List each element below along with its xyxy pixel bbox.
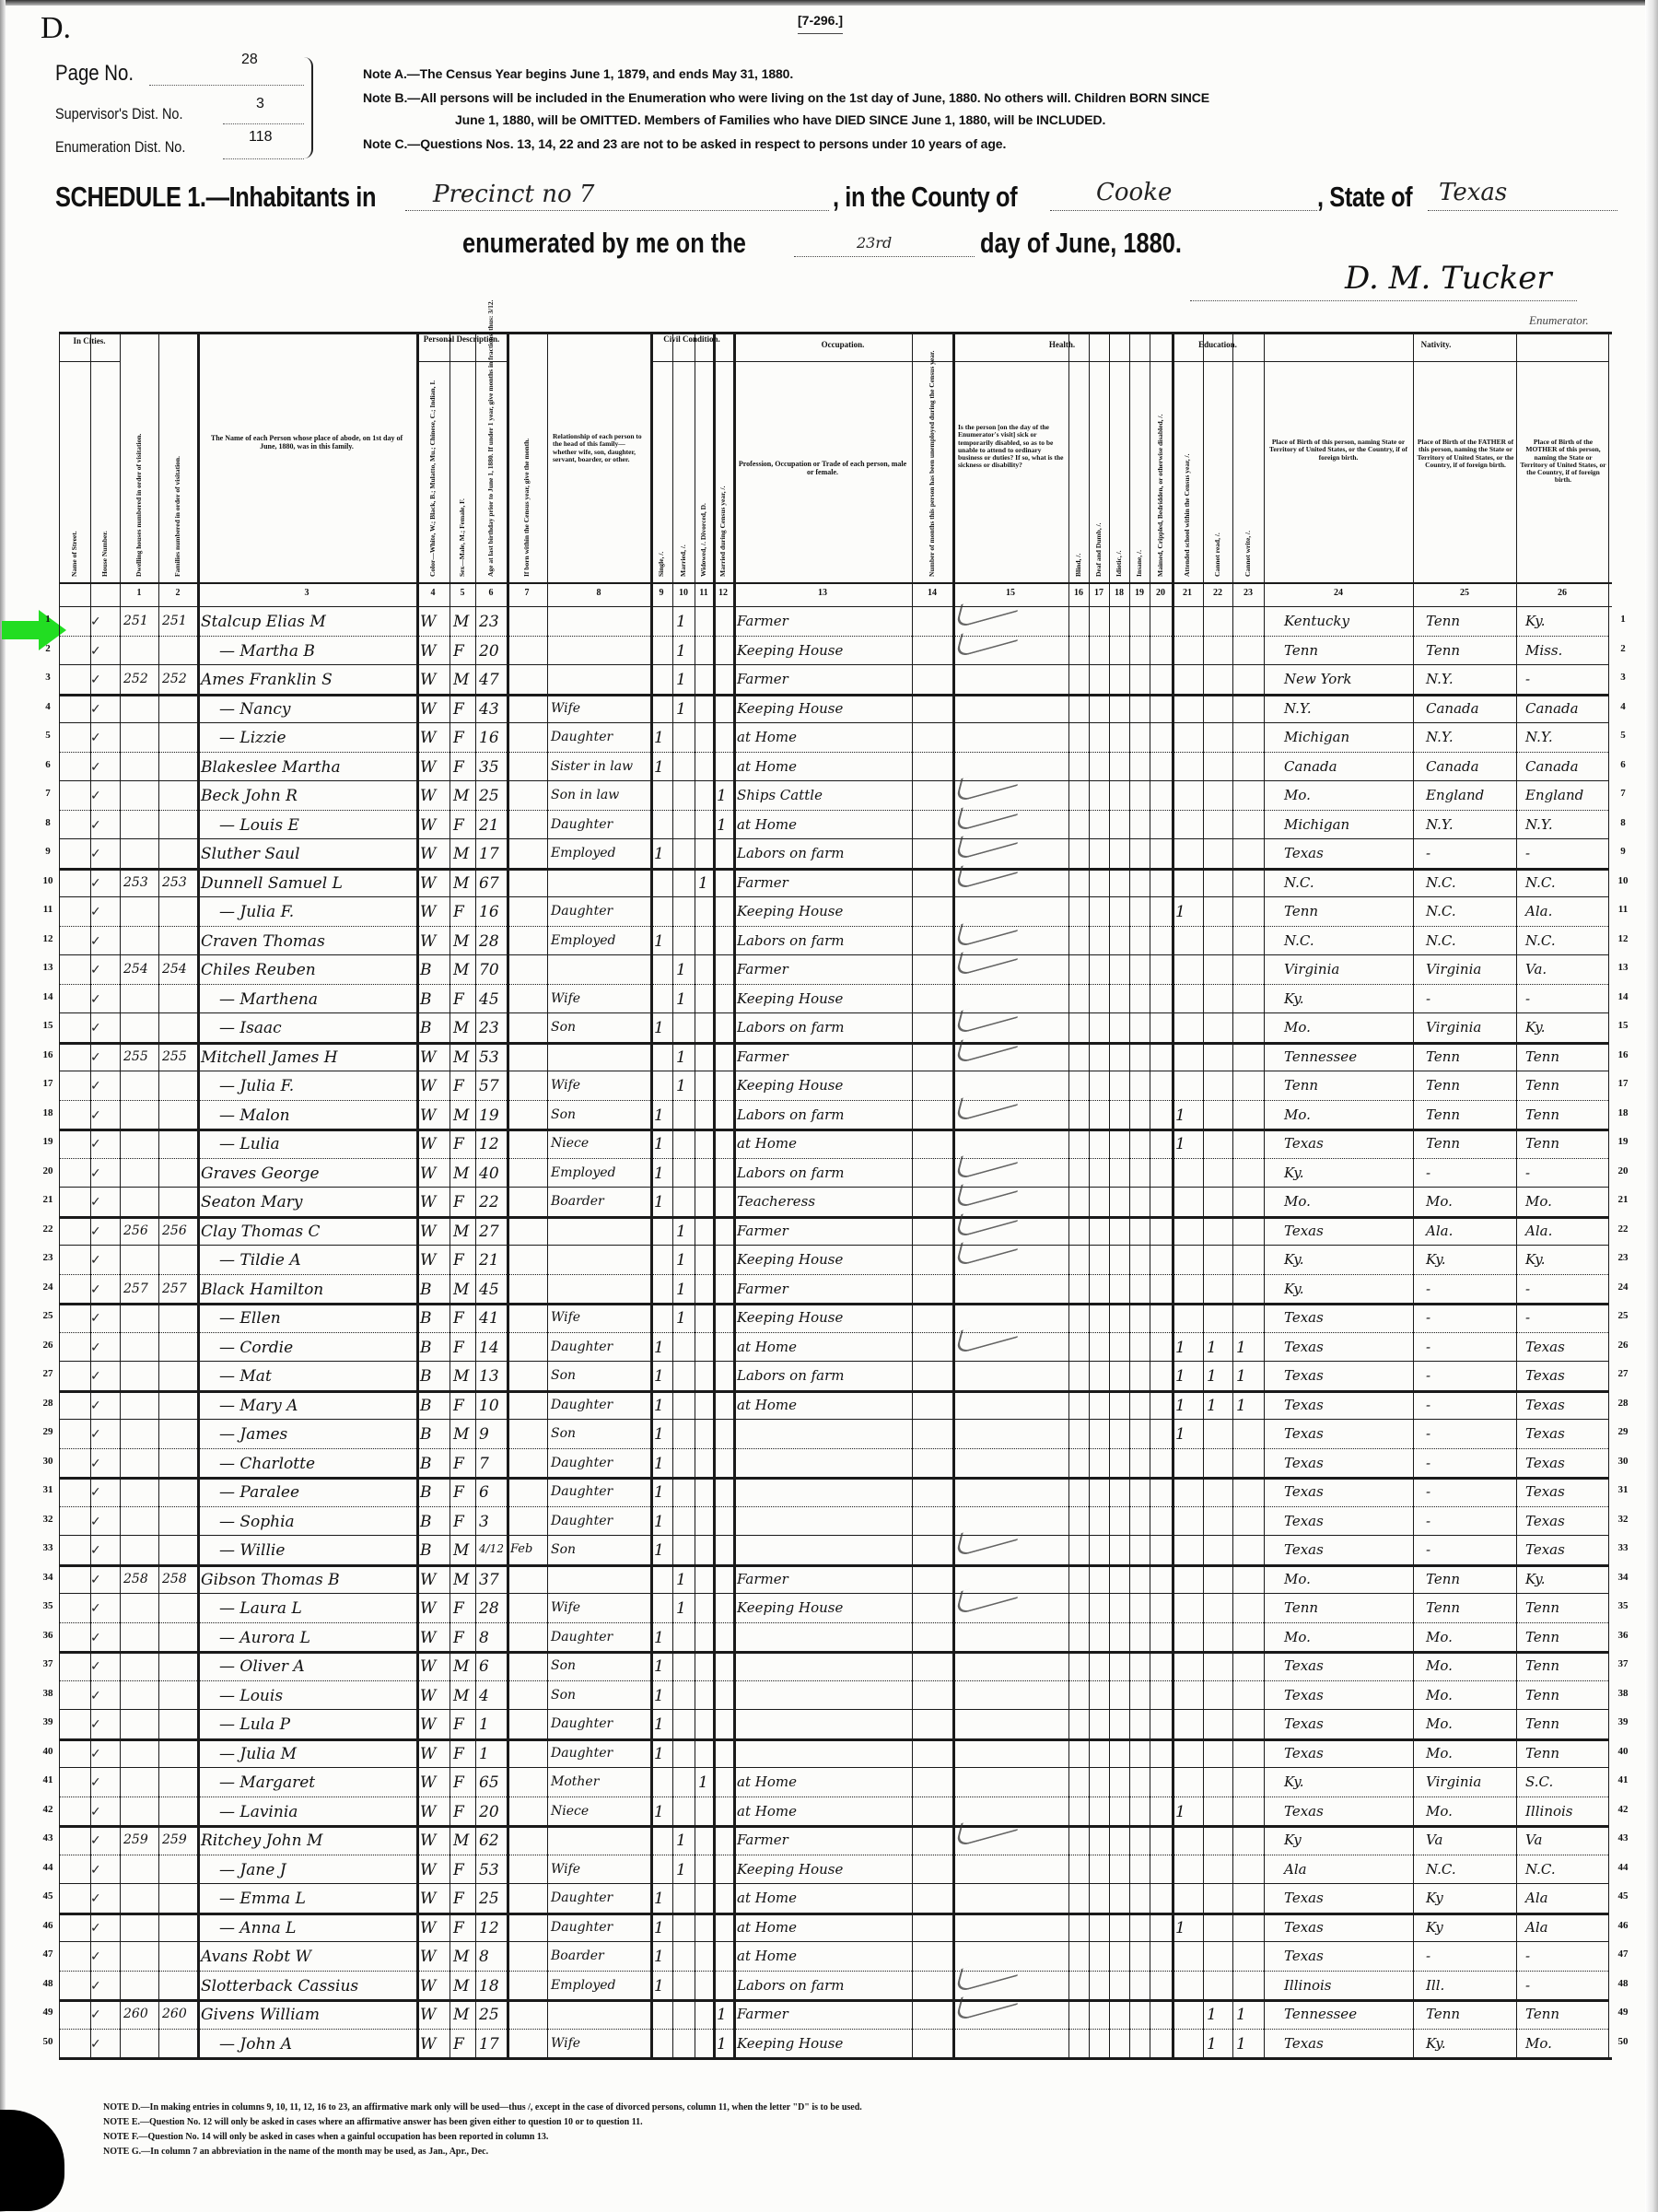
- color-value: W: [420, 1689, 436, 1704]
- color-value: W: [420, 1659, 436, 1675]
- color-value: B: [420, 992, 432, 1008]
- dwelling-number: 260: [123, 2007, 148, 2020]
- sex-value: F: [453, 1340, 464, 1356]
- married-year-mark: 1: [717, 2007, 727, 2023]
- age-value: 45: [479, 992, 499, 1008]
- sex-value: F: [453, 818, 464, 834]
- row-number-right: 27: [1614, 1368, 1632, 1379]
- column-number-16: 16: [1068, 588, 1089, 598]
- page-no-value: 28: [241, 52, 258, 68]
- mother-birth: -: [1525, 1979, 1530, 1993]
- person-name: — Lizzie: [219, 731, 286, 746]
- family-number: 251: [162, 614, 187, 627]
- check-mark-icon: ✓: [90, 1108, 101, 1123]
- age-value: 3: [479, 1515, 489, 1530]
- check-mark-icon: ✓: [90, 1166, 101, 1181]
- father-birth: Mo.: [1426, 1631, 1453, 1644]
- check-mark-icon: ✓: [90, 760, 101, 775]
- age-value: 62: [479, 1833, 499, 1849]
- mother-birth: Ala.: [1525, 1224, 1552, 1238]
- header-unemp: Number of months this person has been un…: [928, 351, 936, 577]
- row-number-left: 5: [39, 730, 57, 741]
- row-number-right: 9: [1614, 846, 1632, 857]
- father-birth: -: [1426, 1485, 1430, 1499]
- age-value: 4/12: [479, 1543, 504, 1554]
- widowed-mark: 1: [698, 876, 708, 892]
- married-mark: 1: [676, 614, 686, 630]
- age-value: 35: [479, 760, 499, 776]
- father-birth: Canada: [1426, 702, 1479, 716]
- pen-tick-mark: [955, 1574, 1023, 1615]
- birth-place: Texas: [1284, 1369, 1324, 1383]
- age-value: 28: [479, 934, 499, 950]
- column-number-4: 4: [416, 588, 450, 598]
- person-name: — Cordie: [219, 1340, 293, 1356]
- relationship: Daughter: [551, 1399, 613, 1411]
- occupation: Keeping House: [737, 905, 843, 919]
- married-year-mark: 1: [717, 789, 727, 804]
- age-value: 1: [479, 1747, 489, 1762]
- row-number-left: 35: [39, 1600, 57, 1611]
- occupation: Farmer: [737, 1573, 788, 1586]
- person-name: Sluther Saul: [201, 847, 300, 862]
- header-profession: Profession, Occupation or Trade of each …: [737, 461, 908, 477]
- sex-value: F: [453, 1891, 464, 1907]
- dwelling-number: 257: [123, 1282, 148, 1295]
- person-name: — Lulia: [219, 1137, 280, 1153]
- mother-birth: Ala.: [1525, 905, 1552, 919]
- father-birth: -: [1426, 1369, 1430, 1383]
- header-fam: Families numbered in order of visitation…: [173, 456, 181, 577]
- place-value: Precinct no 7: [433, 181, 594, 208]
- sex-value: F: [453, 1399, 464, 1414]
- relationship: Son: [551, 1543, 576, 1556]
- enumerator-signature: D. M. Tucker: [1345, 260, 1552, 297]
- row-number-right: 15: [1614, 1020, 1632, 1031]
- supervisor-label: Supervisor's Dist. No.: [55, 105, 182, 123]
- person-name: Ritchey John M: [201, 1833, 322, 1849]
- header-name: The Name of each Person whose place of a…: [204, 435, 409, 451]
- school-mark: 1: [1175, 1399, 1185, 1414]
- mother-birth: Tenn: [1525, 1747, 1559, 1761]
- row-number-left: 14: [39, 991, 57, 1002]
- age-value: 25: [479, 789, 499, 804]
- mother-birth: Texas: [1525, 1543, 1565, 1557]
- row-number-right: 2: [1614, 643, 1632, 654]
- person-name: — Julia M: [219, 1747, 297, 1762]
- row-number-right: 19: [1614, 1136, 1632, 1147]
- occupation: at Home: [737, 731, 797, 744]
- row-number-left: 22: [39, 1223, 57, 1235]
- row-number-left: 18: [39, 1107, 57, 1118]
- dwelling-number: 254: [123, 963, 148, 976]
- relationship: Wife: [551, 2037, 580, 2050]
- row-number-right: 22: [1614, 1223, 1632, 1235]
- age-value: 40: [479, 1166, 499, 1182]
- birth-place: Texas: [1284, 1949, 1324, 1963]
- header-maimed: Maimed, Crippled, Bedridden, or otherwis…: [1156, 415, 1164, 577]
- color-value: W: [420, 1573, 436, 1588]
- relationship: Wife: [551, 1079, 580, 1092]
- age-value: 25: [479, 1891, 499, 1907]
- mother-birth: -: [1525, 1949, 1530, 1963]
- page-no-label: Page No.: [55, 61, 134, 87]
- age-value: 1: [479, 1717, 489, 1733]
- sex-value: F: [453, 1515, 464, 1530]
- row-number-right: 44: [1614, 1862, 1632, 1873]
- header-married: Married, /.: [679, 544, 687, 577]
- check-mark-icon: ✓: [90, 934, 101, 949]
- relationship: Daughter: [551, 1891, 613, 1904]
- mother-birth: Tenn: [1525, 1631, 1559, 1644]
- relationship: Daughter: [551, 1921, 613, 1934]
- person-name: — Mat: [219, 1369, 272, 1385]
- header-mother-birth: Place of Birth of the MOTHER of this per…: [1520, 439, 1606, 485]
- father-birth: Ill.: [1426, 1979, 1444, 1993]
- color-value: W: [420, 731, 436, 746]
- occupation: Farmer: [737, 673, 788, 686]
- occupation: Keeping House: [737, 702, 843, 716]
- header-relationship: Relationship of each person to the head …: [553, 433, 645, 463]
- row-number-left: 33: [39, 1542, 57, 1553]
- mother-birth: -: [1525, 1311, 1530, 1325]
- relationship: Wife: [551, 1863, 580, 1876]
- mother-birth: Tenn: [1525, 1601, 1559, 1615]
- married-mark: 1: [676, 963, 686, 978]
- mother-birth: N.C.: [1525, 1863, 1556, 1877]
- supervisor-value: 3: [256, 96, 264, 112]
- header-nativity: Nativity.: [1264, 341, 1608, 350]
- row-number-right: 7: [1614, 788, 1632, 799]
- mother-birth: Mo.: [1525, 1195, 1552, 1209]
- occupation: at Home: [737, 818, 797, 832]
- supervisor-field: Supervisor's Dist. No.: [55, 105, 205, 123]
- column-number-24: 24: [1264, 588, 1413, 598]
- person-name: — Emma L: [219, 1891, 306, 1907]
- father-birth: Tenn: [1426, 644, 1460, 658]
- header-blind: Blind, /.: [1074, 554, 1082, 577]
- color-value: W: [420, 2037, 436, 2053]
- person-name: — Willie: [219, 1543, 285, 1559]
- person-name: — Aurora L: [219, 1631, 310, 1646]
- header-widowed: Widowed, /. Divorced, D.: [699, 503, 707, 577]
- age-value: 21: [479, 1253, 499, 1269]
- row-number-right: 40: [1614, 1746, 1632, 1757]
- pen-tick-mark: [955, 1081, 1023, 1122]
- relationship: Boarder: [551, 1195, 604, 1208]
- birth-place: Texas: [1284, 1747, 1324, 1761]
- page-no-field: Page No.: [55, 61, 147, 87]
- check-mark-icon: ✓: [90, 673, 101, 687]
- dwelling-number: 256: [123, 1224, 148, 1237]
- relationship: Daughter: [551, 1340, 613, 1353]
- married-mark: 1: [676, 1282, 686, 1298]
- check-mark-icon: ✓: [90, 789, 101, 803]
- father-birth: N.C.: [1426, 1863, 1456, 1877]
- occupation: Labors on farm: [737, 1108, 845, 1122]
- sex-value: F: [453, 1079, 464, 1094]
- cannot-write-mark: 1: [1236, 1369, 1246, 1385]
- row-number-left: 17: [39, 1078, 57, 1089]
- row-number-right: 36: [1614, 1630, 1632, 1641]
- color-value: W: [420, 905, 436, 920]
- birth-place: New York: [1284, 673, 1352, 686]
- check-mark-icon: ✓: [90, 1399, 101, 1413]
- census-page: D. [7-296.] Page No. 28 Supervisor's Dis…: [0, 0, 1658, 2212]
- sex-value: F: [453, 2037, 464, 2053]
- person-name: Beck John R: [201, 789, 298, 804]
- column-number-3: 3: [197, 588, 416, 598]
- check-mark-icon: ✓: [90, 1775, 101, 1790]
- row-number-left: 36: [39, 1630, 57, 1641]
- married-year-mark: 1: [717, 2037, 727, 2053]
- color-value: W: [420, 1253, 436, 1269]
- age-value: 22: [479, 1195, 499, 1211]
- row-number-right: 28: [1614, 1398, 1632, 1409]
- birth-place: Texas: [1284, 1717, 1324, 1731]
- person-name: — Tildie A: [219, 1253, 301, 1269]
- color-value: W: [420, 1979, 436, 1995]
- color-value: B: [420, 1427, 432, 1443]
- row-number-right: 45: [1614, 1890, 1632, 1902]
- check-mark-icon: ✓: [90, 1282, 101, 1297]
- relationship: Daughter: [551, 1747, 613, 1760]
- header-health: Health.: [952, 341, 1172, 350]
- row-number-right: 39: [1614, 1716, 1632, 1727]
- check-mark-icon: ✓: [90, 963, 101, 977]
- birth-place: Mo.: [1284, 1573, 1311, 1586]
- row-number-left: 12: [39, 933, 57, 944]
- person-name: Givens William: [201, 2007, 320, 2023]
- school-mark: 1: [1175, 1137, 1185, 1153]
- age-value: 16: [479, 905, 499, 920]
- mother-birth: Tenn: [1525, 1659, 1559, 1673]
- mother-birth: Texas: [1525, 1399, 1565, 1412]
- row-number-left: 23: [39, 1252, 57, 1263]
- row-number-left: 21: [39, 1194, 57, 1205]
- color-value: W: [420, 1949, 436, 1965]
- family-number: 253: [162, 876, 187, 889]
- sex-value: F: [453, 905, 464, 920]
- occupation: Keeping House: [737, 1311, 843, 1325]
- header-color: Color—White, W.; Black, B.; Mulatto, Mu.…: [428, 380, 437, 577]
- column-number-22: 22: [1203, 588, 1232, 598]
- check-mark-icon: ✓: [90, 1921, 101, 1936]
- color-value: W: [420, 1631, 436, 1646]
- age-value: 17: [479, 2037, 499, 2053]
- birth-place: Tenn: [1284, 905, 1318, 919]
- mother-birth: Ky.: [1525, 1573, 1546, 1586]
- check-mark-icon: ✓: [90, 905, 101, 919]
- sex-value: F: [453, 731, 464, 746]
- person-name: Clay Thomas C: [201, 1224, 321, 1240]
- color-value: W: [420, 1050, 436, 1066]
- row-number-right: 3: [1614, 672, 1632, 683]
- mother-birth: Tenn: [1525, 1137, 1559, 1151]
- check-mark-icon: ✓: [90, 847, 101, 861]
- father-birth: Ky.: [1426, 2037, 1446, 2051]
- person-name: Avans Robt W: [201, 1949, 311, 1965]
- single-mark: 1: [654, 1515, 664, 1530]
- sex-value: M: [453, 963, 469, 978]
- row-number-left: 44: [39, 1862, 57, 1873]
- single-mark: 1: [654, 1457, 664, 1472]
- occupation: at Home: [737, 760, 797, 774]
- single-mark: 1: [654, 1485, 664, 1501]
- sex-value: M: [453, 1833, 469, 1849]
- age-value: 8: [479, 1631, 489, 1646]
- scan-edge-top: [0, 0, 1658, 6]
- birth-place: Texas: [1284, 1891, 1324, 1905]
- relationship: Employed: [551, 1979, 616, 1992]
- check-mark-icon: ✓: [90, 1021, 101, 1036]
- row-number-right: 35: [1614, 1600, 1632, 1611]
- row-number-right: 48: [1614, 1978, 1632, 1989]
- sex-value: M: [453, 1050, 469, 1066]
- header-sick: Is the person [on the day of the Enumera…: [958, 424, 1065, 470]
- check-mark-icon: ✓: [90, 702, 101, 717]
- age-value: 57: [479, 1079, 499, 1094]
- person-name: Stalcup Elias M: [201, 614, 326, 630]
- occupation: Keeping House: [737, 1863, 843, 1877]
- birth-place: Ala: [1284, 1863, 1307, 1877]
- relationship: Wife: [551, 702, 580, 715]
- row-number-right: 24: [1614, 1282, 1632, 1293]
- father-birth: -: [1426, 1399, 1430, 1412]
- single-mark: 1: [654, 1369, 664, 1385]
- father-birth: -: [1426, 1543, 1430, 1557]
- father-birth: Virginia: [1426, 963, 1481, 977]
- column-number-21: 21: [1172, 588, 1203, 598]
- occupation: at Home: [737, 1949, 797, 1963]
- single-mark: 1: [654, 1805, 664, 1820]
- single-mark: 1: [654, 731, 664, 746]
- birth-place: N.C.: [1284, 934, 1314, 948]
- relationship: Son: [551, 1659, 576, 1672]
- age-value: 53: [479, 1050, 499, 1066]
- sex-value: F: [453, 1253, 464, 1269]
- father-birth: Mo.: [1426, 1747, 1453, 1761]
- father-birth: Virginia: [1426, 1775, 1481, 1789]
- note-b: Note B.—All persons will be included in …: [363, 90, 1209, 105]
- cannot-read-mark: 1: [1207, 1399, 1217, 1414]
- header-birth-place: Place of Birth of this person, naming St…: [1269, 439, 1407, 462]
- column-number-1: 1: [120, 588, 158, 598]
- married-mark: 1: [676, 1224, 686, 1240]
- age-value: 6: [479, 1659, 489, 1675]
- age-value: 41: [479, 1311, 499, 1327]
- person-name: — Ellen: [219, 1311, 281, 1327]
- column-number-19: 19: [1129, 588, 1150, 598]
- relationship: Son: [551, 1427, 576, 1440]
- color-value: W: [420, 673, 436, 688]
- married-mark: 1: [676, 1573, 686, 1588]
- column-number-14: 14: [912, 588, 952, 598]
- color-value: B: [420, 1515, 432, 1530]
- sex-value: F: [453, 702, 464, 718]
- married-mark: 1: [676, 1311, 686, 1327]
- mother-birth: Texas: [1525, 1457, 1565, 1470]
- sex-value: M: [453, 1949, 469, 1965]
- header-read: Cannot read, /.: [1213, 533, 1221, 577]
- check-mark-icon: ✓: [90, 1137, 101, 1152]
- person-name: Seaton Mary: [201, 1195, 303, 1211]
- color-value: W: [420, 818, 436, 834]
- mother-birth: Canada: [1525, 760, 1579, 774]
- father-birth: Tenn: [1426, 1137, 1460, 1151]
- occupation: at Home: [737, 1891, 797, 1905]
- row-number-left: 31: [39, 1484, 57, 1495]
- header-sex: Sex—Male, M.; Female, F.: [458, 498, 466, 577]
- row-number-right: 47: [1614, 1949, 1632, 1960]
- occupation: Farmer: [737, 614, 788, 628]
- age-value: 21: [479, 818, 499, 834]
- row-number-left: 24: [39, 1282, 57, 1293]
- row-number-right: 10: [1614, 875, 1632, 886]
- occupation: at Home: [737, 1775, 797, 1789]
- sex-value: M: [453, 1689, 469, 1704]
- column-number-10: 10: [672, 588, 695, 598]
- dwelling-number: 253: [123, 876, 148, 889]
- occupation: at Home: [737, 1340, 797, 1354]
- row-number-left: 50: [39, 2036, 57, 2047]
- sex-value: M: [453, 1659, 469, 1675]
- father-birth: -: [1426, 1282, 1430, 1296]
- brace: [304, 57, 313, 158]
- sex-value: M: [453, 1021, 469, 1036]
- relationship: Daughter: [551, 1717, 613, 1730]
- form-number: [7-296.]: [798, 13, 843, 34]
- birth-place: Texas: [1284, 1427, 1324, 1441]
- age-value: 4: [479, 1689, 489, 1704]
- dwelling-number: 258: [123, 1573, 148, 1586]
- relationship: Daughter: [551, 1631, 613, 1644]
- row-number-left: 26: [39, 1340, 57, 1351]
- row-number-right: 34: [1614, 1572, 1632, 1583]
- mother-birth: Va.: [1525, 963, 1547, 977]
- row-number-left: 19: [39, 1136, 57, 1147]
- sex-value: F: [453, 1311, 464, 1327]
- person-name: — Julia F.: [219, 1079, 294, 1094]
- relationship: Daughter: [551, 1485, 613, 1498]
- check-mark-icon: ✓: [90, 1601, 101, 1616]
- sex-value: F: [453, 1601, 464, 1617]
- age-value: 14: [479, 1340, 499, 1356]
- person-name: — John A: [219, 2037, 292, 2053]
- row-number-right: 14: [1614, 991, 1632, 1002]
- father-birth: Tenn: [1426, 1601, 1460, 1615]
- sex-value: F: [453, 1921, 464, 1937]
- person-name: — Jane J: [219, 1863, 286, 1878]
- age-value: 53: [479, 1863, 499, 1878]
- row-number-right: 1: [1614, 614, 1632, 625]
- school-mark: 1: [1175, 905, 1185, 920]
- mother-birth: Texas: [1525, 1427, 1565, 1441]
- sex-value: M: [453, 1108, 469, 1124]
- father-birth: Tenn: [1426, 1050, 1460, 1064]
- relationship: Son in law: [551, 789, 619, 802]
- married-mark: 1: [676, 702, 686, 718]
- person-name: Black Hamilton: [201, 1282, 323, 1298]
- birth-place: N.C.: [1284, 876, 1314, 890]
- header-write: Cannot write, /.: [1243, 531, 1252, 577]
- row-number-right: 8: [1614, 817, 1632, 828]
- relationship: Wife: [551, 992, 580, 1005]
- father-birth: Ala.: [1426, 1224, 1453, 1238]
- header-school: Attended school within the Census year, …: [1183, 454, 1191, 577]
- age-value: 43: [479, 702, 499, 718]
- relationship: Son: [551, 1689, 576, 1702]
